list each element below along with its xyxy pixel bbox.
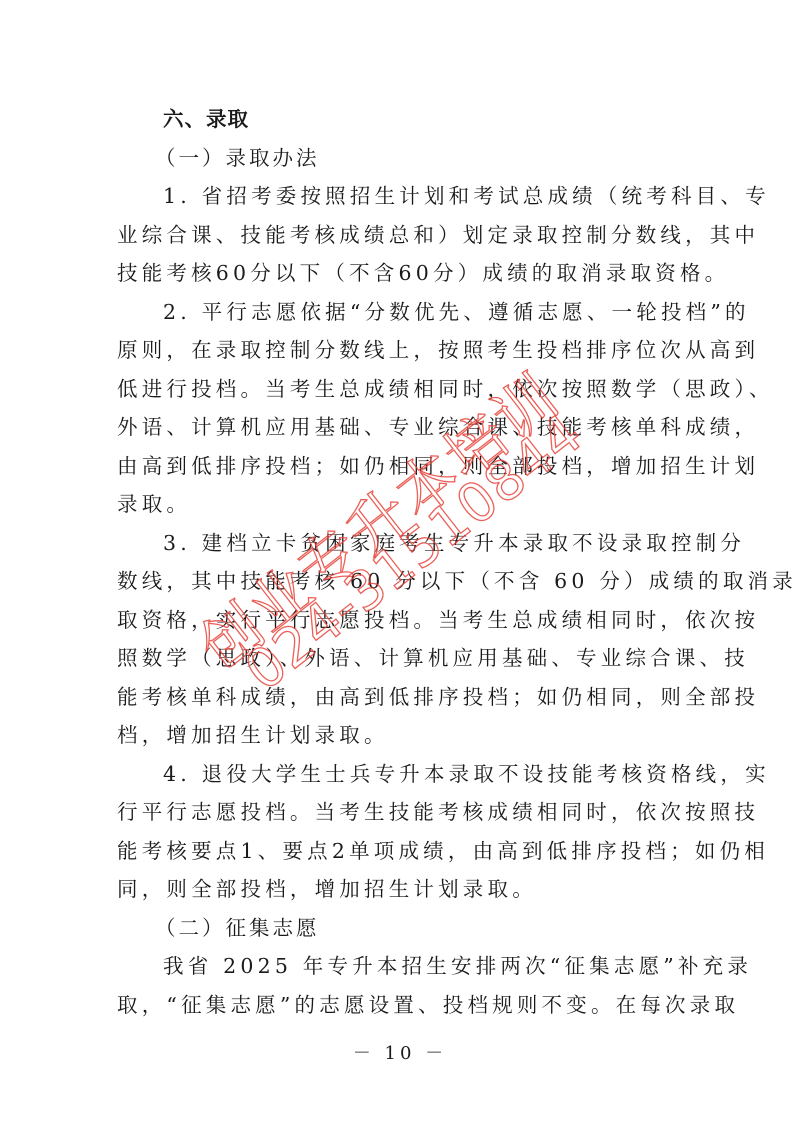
text-line: 2. 平行志愿依据“分数优先、遵循志愿、一轮投档”的 bbox=[117, 293, 682, 332]
text-line: 数线，其中技能考核 60 分以下（不含 60 分）成绩的取消录 bbox=[117, 562, 682, 601]
text-line: 取，“征集志愿”的志愿设置、投档规则不变。在每次录取 bbox=[117, 986, 682, 1025]
text-line: 1. 省招考委按照招生计划和考试总成绩（统考科目、专 bbox=[117, 177, 682, 216]
text-line: 技能考核60分以下（不含60分）成绩的取消录取资格。 bbox=[117, 254, 682, 293]
text-line: 同，则全部投档，增加招生计划录取。 bbox=[117, 870, 682, 909]
text-line: 录取。 bbox=[117, 485, 682, 524]
text-line: 3. 建档立卡贫困家庭考生专升本录取不设录取控制分 bbox=[117, 524, 682, 563]
text-line: 能考核单科成绩，由高到低排序投档；如仍相同，则全部投 bbox=[117, 678, 682, 717]
text-line: 照数学（思政）、外语、计算机应用基础、专业综合课、技 bbox=[117, 639, 682, 678]
text-line: 能考核要点1、要点2单项成绩，由高到低排序投档；如仍相 bbox=[117, 832, 682, 871]
text-line: 业综合课、技能考核成绩总和）划定录取控制分数线，其中 bbox=[117, 216, 682, 255]
paragraph-4: 4. 退役大学生士兵专升本录取不设技能考核资格线，实 行平行志愿投档。当考生技能… bbox=[117, 755, 682, 909]
text-line: 4. 退役大学生士兵专升本录取不设技能考核资格线，实 bbox=[117, 755, 682, 794]
document-page: 六、录取 （一）录取办法 1. 省招考委按照招生计划和考试总成绩（统考科目、专 … bbox=[0, 0, 800, 1131]
paragraph-1: 1. 省招考委按照招生计划和考试总成绩（统考科目、专 业综合课、技能考核成绩总和… bbox=[117, 177, 682, 293]
paragraph-2: 2. 平行志愿依据“分数优先、遵循志愿、一轮投档”的 原则，在录取控制分数线上，… bbox=[117, 293, 682, 524]
text-line: 取资格，实行平行志愿投档。当考生总成绩相同时，依次按 bbox=[117, 601, 682, 640]
paragraph-5: 我省 2025 年专升本招生安排两次“征集志愿”补充录 取，“征集志愿”的志愿设… bbox=[117, 947, 682, 1024]
section-heading: 六、录取 bbox=[117, 100, 682, 139]
page-content: 六、录取 （一）录取办法 1. 省招考委按照招生计划和考试总成绩（统考科目、专 … bbox=[117, 100, 682, 1024]
subsection-heading-supplementary-choice: （二）征集志愿 bbox=[117, 909, 682, 948]
text-line: 由高到低排序投档；如仍相同，则全部投档，增加招生计划 bbox=[117, 447, 682, 486]
text-line: 行平行志愿投档。当考生技能考核成绩相同时，依次按照技 bbox=[117, 793, 682, 832]
text-line: 我省 2025 年专升本招生安排两次“征集志愿”补充录 bbox=[117, 947, 682, 986]
text-line: 低进行投档。当考生总成绩相同时，依次按照数学（思政）、 bbox=[117, 370, 682, 409]
text-line: 外语、计算机应用基础、专业综合课、技能考核单科成绩， bbox=[117, 408, 682, 447]
subsection-heading-admission-method: （一）录取办法 bbox=[117, 139, 682, 178]
paragraph-3: 3. 建档立卡贫困家庭考生专升本录取不设录取控制分 数线，其中技能考核 60 分… bbox=[117, 524, 682, 755]
text-line: 档，增加招生计划录取。 bbox=[117, 716, 682, 755]
page-number: － 10 － bbox=[0, 1039, 800, 1065]
text-line: 原则，在录取控制分数线上，按照考生投档排序位次从高到 bbox=[117, 331, 682, 370]
